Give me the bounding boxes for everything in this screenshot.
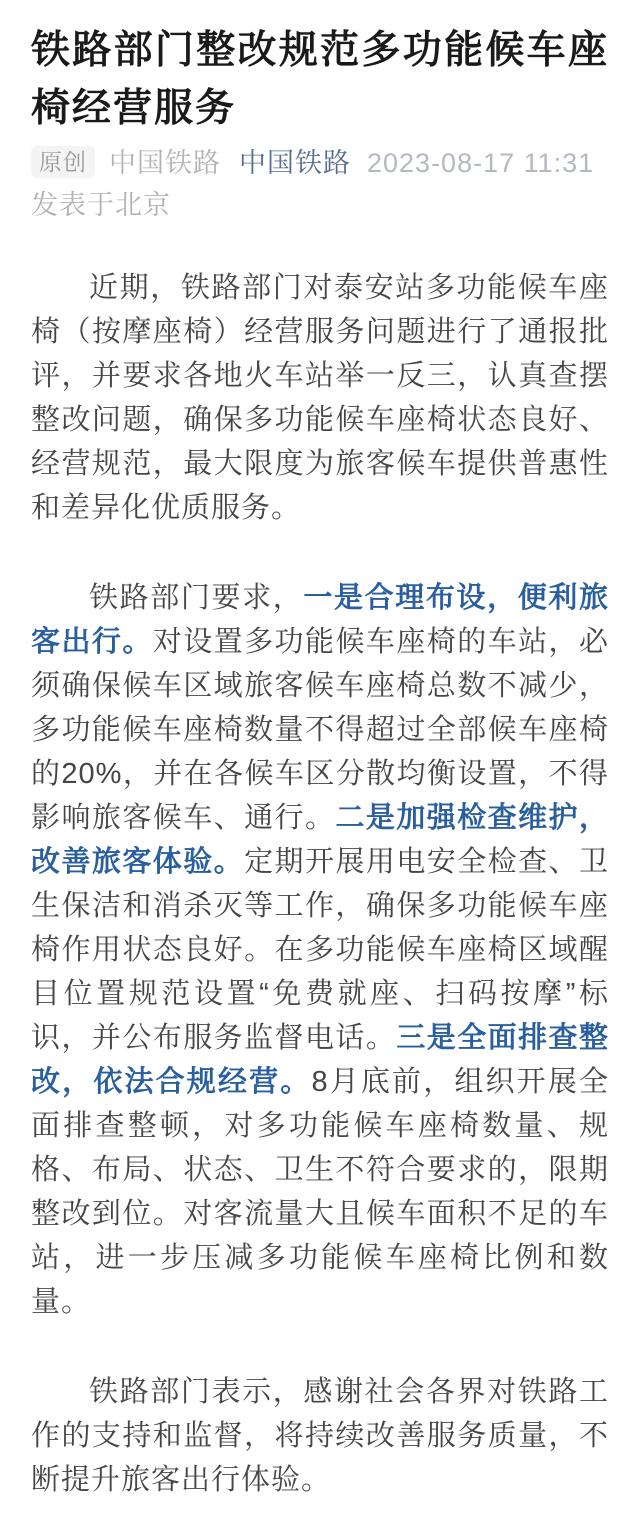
account-link[interactable]: 中国铁路 [239, 148, 351, 178]
text-segment: 铁路部门表示，感谢社会各界对铁路工作的支持和监督，将持续改善服务质量，不断提升旅… [31, 1376, 609, 1496]
text-segment: 近期，铁路部门对泰安站多功能候车座椅（按摩座椅）经营服务问题进行了通报批评，并要… [31, 272, 609, 524]
article-body: 近期，铁路部门对泰安站多功能候车座椅（按摩座椅）经营服务问题进行了通报批评，并要… [31, 266, 609, 1502]
text-segment: 8月底前，组织开展全面排查整顿，对多功能候车座椅数量、规格、布局、状态、卫生不符… [31, 1066, 609, 1318]
article-paragraph: 近期，铁路部门对泰安站多功能候车座椅（按摩座椅）经营服务问题进行了通报批评，并要… [31, 266, 609, 530]
author-name: 中国铁路 [109, 148, 221, 178]
text-segment: 铁路部门要求， [89, 582, 303, 614]
original-badge: 原创 [31, 146, 95, 178]
article-paragraph: 铁路部门表示，感谢社会各界对铁路工作的支持和监督，将持续改善服务质量，不断提升旅… [31, 1370, 609, 1502]
article-page: 铁路部门整改规范多功能候车座椅经营服务 原创中国铁路中国铁路2023-08-17… [0, 0, 640, 1523]
publish-location: 发表于北京 [31, 184, 609, 226]
article-title: 铁路部门整改规范多功能候车座椅经营服务 [31, 22, 609, 138]
article-paragraph: 铁路部门要求，一是合理布设，便利旅客出行。对设置多功能候车座椅的车站，必须确保候… [31, 576, 609, 1324]
article-meta: 原创中国铁路中国铁路2023-08-17 11:31 发表于北京 [31, 142, 609, 226]
publish-timestamp: 2023-08-17 11:31 [367, 148, 594, 178]
